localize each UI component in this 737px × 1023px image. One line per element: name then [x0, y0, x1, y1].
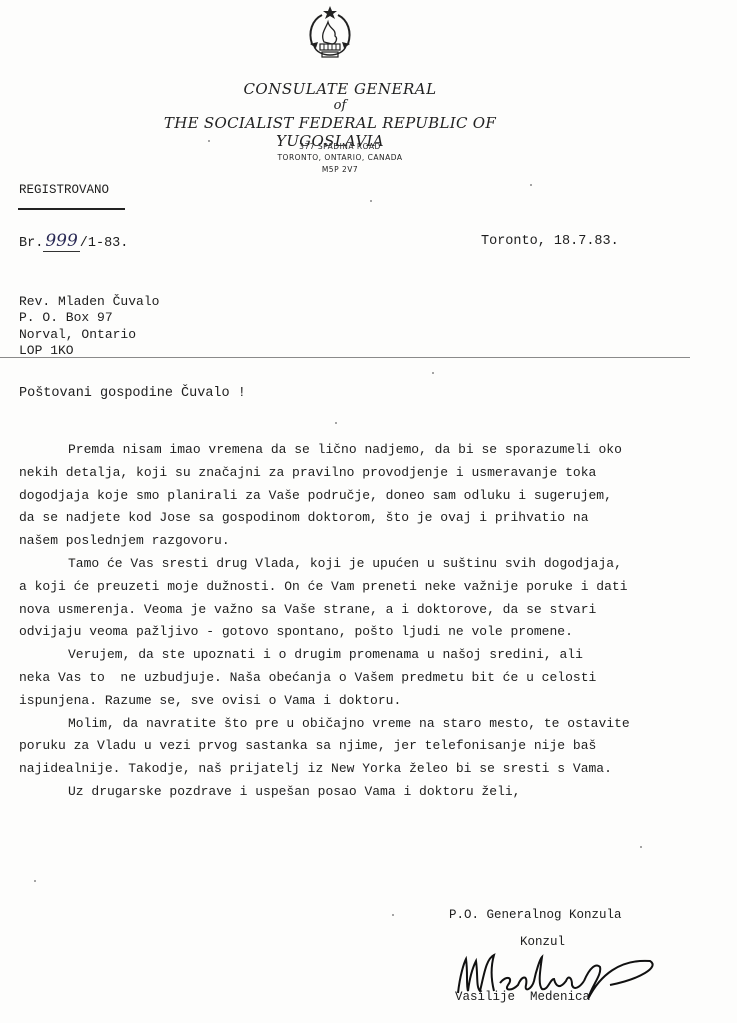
letter-body: Premda nisam imao vremena da se lično na…	[19, 439, 731, 804]
dateline: Toronto, 18.7.83.	[481, 234, 619, 249]
paper-speck	[432, 372, 434, 374]
salutation: Poštovani gospodine Čuvalo !	[19, 386, 246, 401]
paper-speck	[335, 422, 337, 424]
reference-prefix: Br.	[19, 236, 43, 251]
paragraph-line: odvijaju veoma pažljivo - gotovo spontan…	[19, 621, 731, 644]
paragraph-line: poruku za Vladu u vezi prvog sastanka sa…	[19, 735, 731, 758]
coat-of-arms-icon	[302, 4, 358, 66]
recipient-city: Norval, Ontario	[19, 327, 136, 342]
recipient-box: P. O. Box 97	[19, 310, 113, 325]
paragraph: Uz drugarske pozdrave i uspešan posao Va…	[19, 781, 731, 804]
letterhead-address-city: TORONTO, ONTARIO, CANADA	[100, 153, 580, 162]
recipient-name: Rev. Mladen Čuvalo	[19, 294, 159, 309]
registration-label: REGISTROVANO	[19, 183, 109, 197]
reference-suffix: /1-83.	[80, 236, 129, 251]
registration-rule	[18, 208, 125, 210]
letterhead-address-street: 377 SPADINA ROAD	[100, 142, 580, 151]
paper-speck	[34, 880, 36, 882]
fold-line	[0, 357, 690, 358]
paper-speck	[392, 914, 394, 916]
paragraph: Verujem, da ste upoznati i o drugim prom…	[19, 644, 731, 712]
letterhead-address-postal: M5P 2V7	[100, 165, 580, 174]
closing-title: P.O. Generalnog Konzula	[449, 908, 622, 922]
paragraph-line: Uz drugarske pozdrave i uspešan posao Va…	[19, 781, 731, 804]
reference-number: Br.999/1-83.	[19, 231, 128, 251]
paragraph-line: našem poslednjem razgovoru.	[19, 530, 731, 553]
paragraph-line: nova usmerenja. Veoma je važno sa Vaše s…	[19, 599, 731, 622]
paragraph-line: Tamo će Vas sresti drug Vlada, koji je u…	[19, 553, 731, 576]
paper-speck	[530, 184, 532, 186]
recipient-postal-code: LOP 1KO	[19, 343, 74, 358]
letter-page: CONSULATE GENERAL of THE SOCIALIST FEDER…	[0, 0, 737, 1023]
letterhead-consulate: CONSULATE GENERAL	[100, 80, 580, 98]
paper-speck	[208, 140, 210, 142]
signatory-name: Vasilije Medenica	[455, 990, 590, 1004]
paragraph-line: neka Vas to ne uzbudjuje. Naša obećanja …	[19, 667, 731, 690]
paragraph-line: a koji će preuzeti moje dužnosti. On će …	[19, 576, 731, 599]
letterhead-of: of	[100, 98, 580, 113]
paragraph-line: Verujem, da ste upoznati i o drugim prom…	[19, 644, 731, 667]
paragraph: Molim, da navratite što pre u običajno v…	[19, 713, 731, 781]
paragraph: Premda nisam imao vremena da se lično na…	[19, 439, 731, 553]
paragraph-line: Premda nisam imao vremena da se lično na…	[19, 439, 731, 462]
paragraph-line: ispunjena. Razume se, sve ovisi o Vama i…	[19, 690, 731, 713]
paragraph-line: nekih detalja, koji su značajni za pravi…	[19, 462, 731, 485]
paragraph-line: da se nadjete kod Jose sa gospodinom dok…	[19, 507, 731, 530]
paragraph-line: najidealnije. Takodje, naš prijatelj iz …	[19, 758, 731, 781]
paragraph-line: Molim, da navratite što pre u običajno v…	[19, 713, 731, 736]
paragraph-line: dogodjaja koje smo planirali za Vaše pod…	[19, 485, 731, 508]
paper-speck	[370, 200, 372, 202]
paper-speck	[640, 846, 642, 848]
paragraph: Tamo će Vas sresti drug Vlada, koji je u…	[19, 553, 731, 644]
reference-handwritten-number: 999	[43, 231, 79, 252]
